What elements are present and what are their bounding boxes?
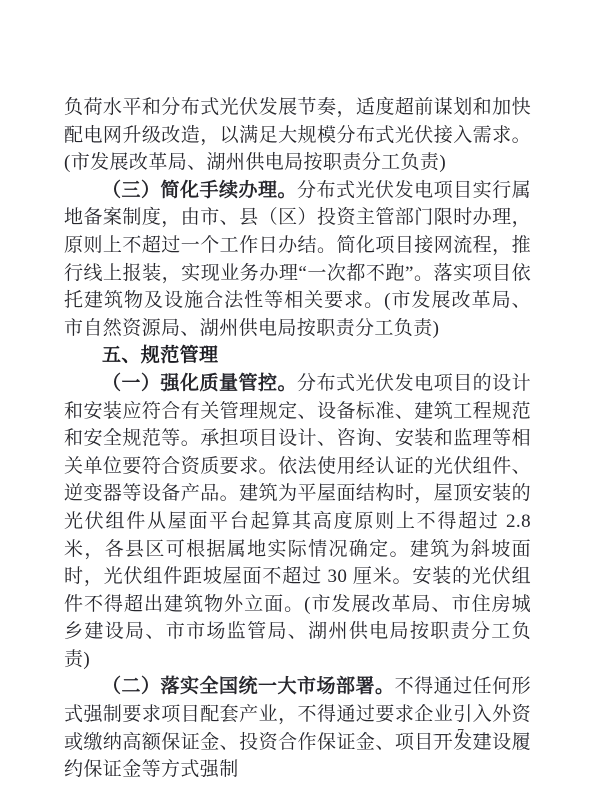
paragraph-item-3-lead: （三）简化手续办理。 [102,180,297,201]
paragraph-continuation: 负荷水平和分布式光伏发展节奏，适度超前谋划和加快配电网升级改造，以满足大规模分布… [64,94,531,177]
document-body: 负荷水平和分布式光伏发展节奏，适度超前谋划和加快配电网升级改造，以满足大规模分布… [64,94,531,784]
paragraph-item-1-text: 分布式光伏发电项目的设计和安装应符合有关管理规定、设备标准、建筑工程规范和安全规… [64,373,531,670]
paragraph-item-3-text: 分布式光伏发电项目实行属地备案制度，由市、县（区）投资主管部门限时办理，原则上不… [64,180,531,339]
paragraph-item-2-lead: （二）落实全国统一大市场部署。 [102,676,395,697]
page-number: — 7 — [430,727,494,743]
section-heading: 五、规范管理 [64,342,531,370]
paragraph-item-1: （一）强化质量管控。分布式光伏发电项目的设计和安装应符合有关管理规定、设备标准、… [64,370,531,674]
document-page: 负荷水平和分布式光伏发展节奏，适度超前谋划和加快配电网升级改造，以满足大规模分布… [0,0,592,798]
paragraph-item-3: （三）简化手续办理。分布式光伏发电项目实行属地备案制度，由市、县（区）投资主管部… [64,177,531,343]
paragraph-item-1-lead: （一）强化质量管控。 [102,373,297,394]
